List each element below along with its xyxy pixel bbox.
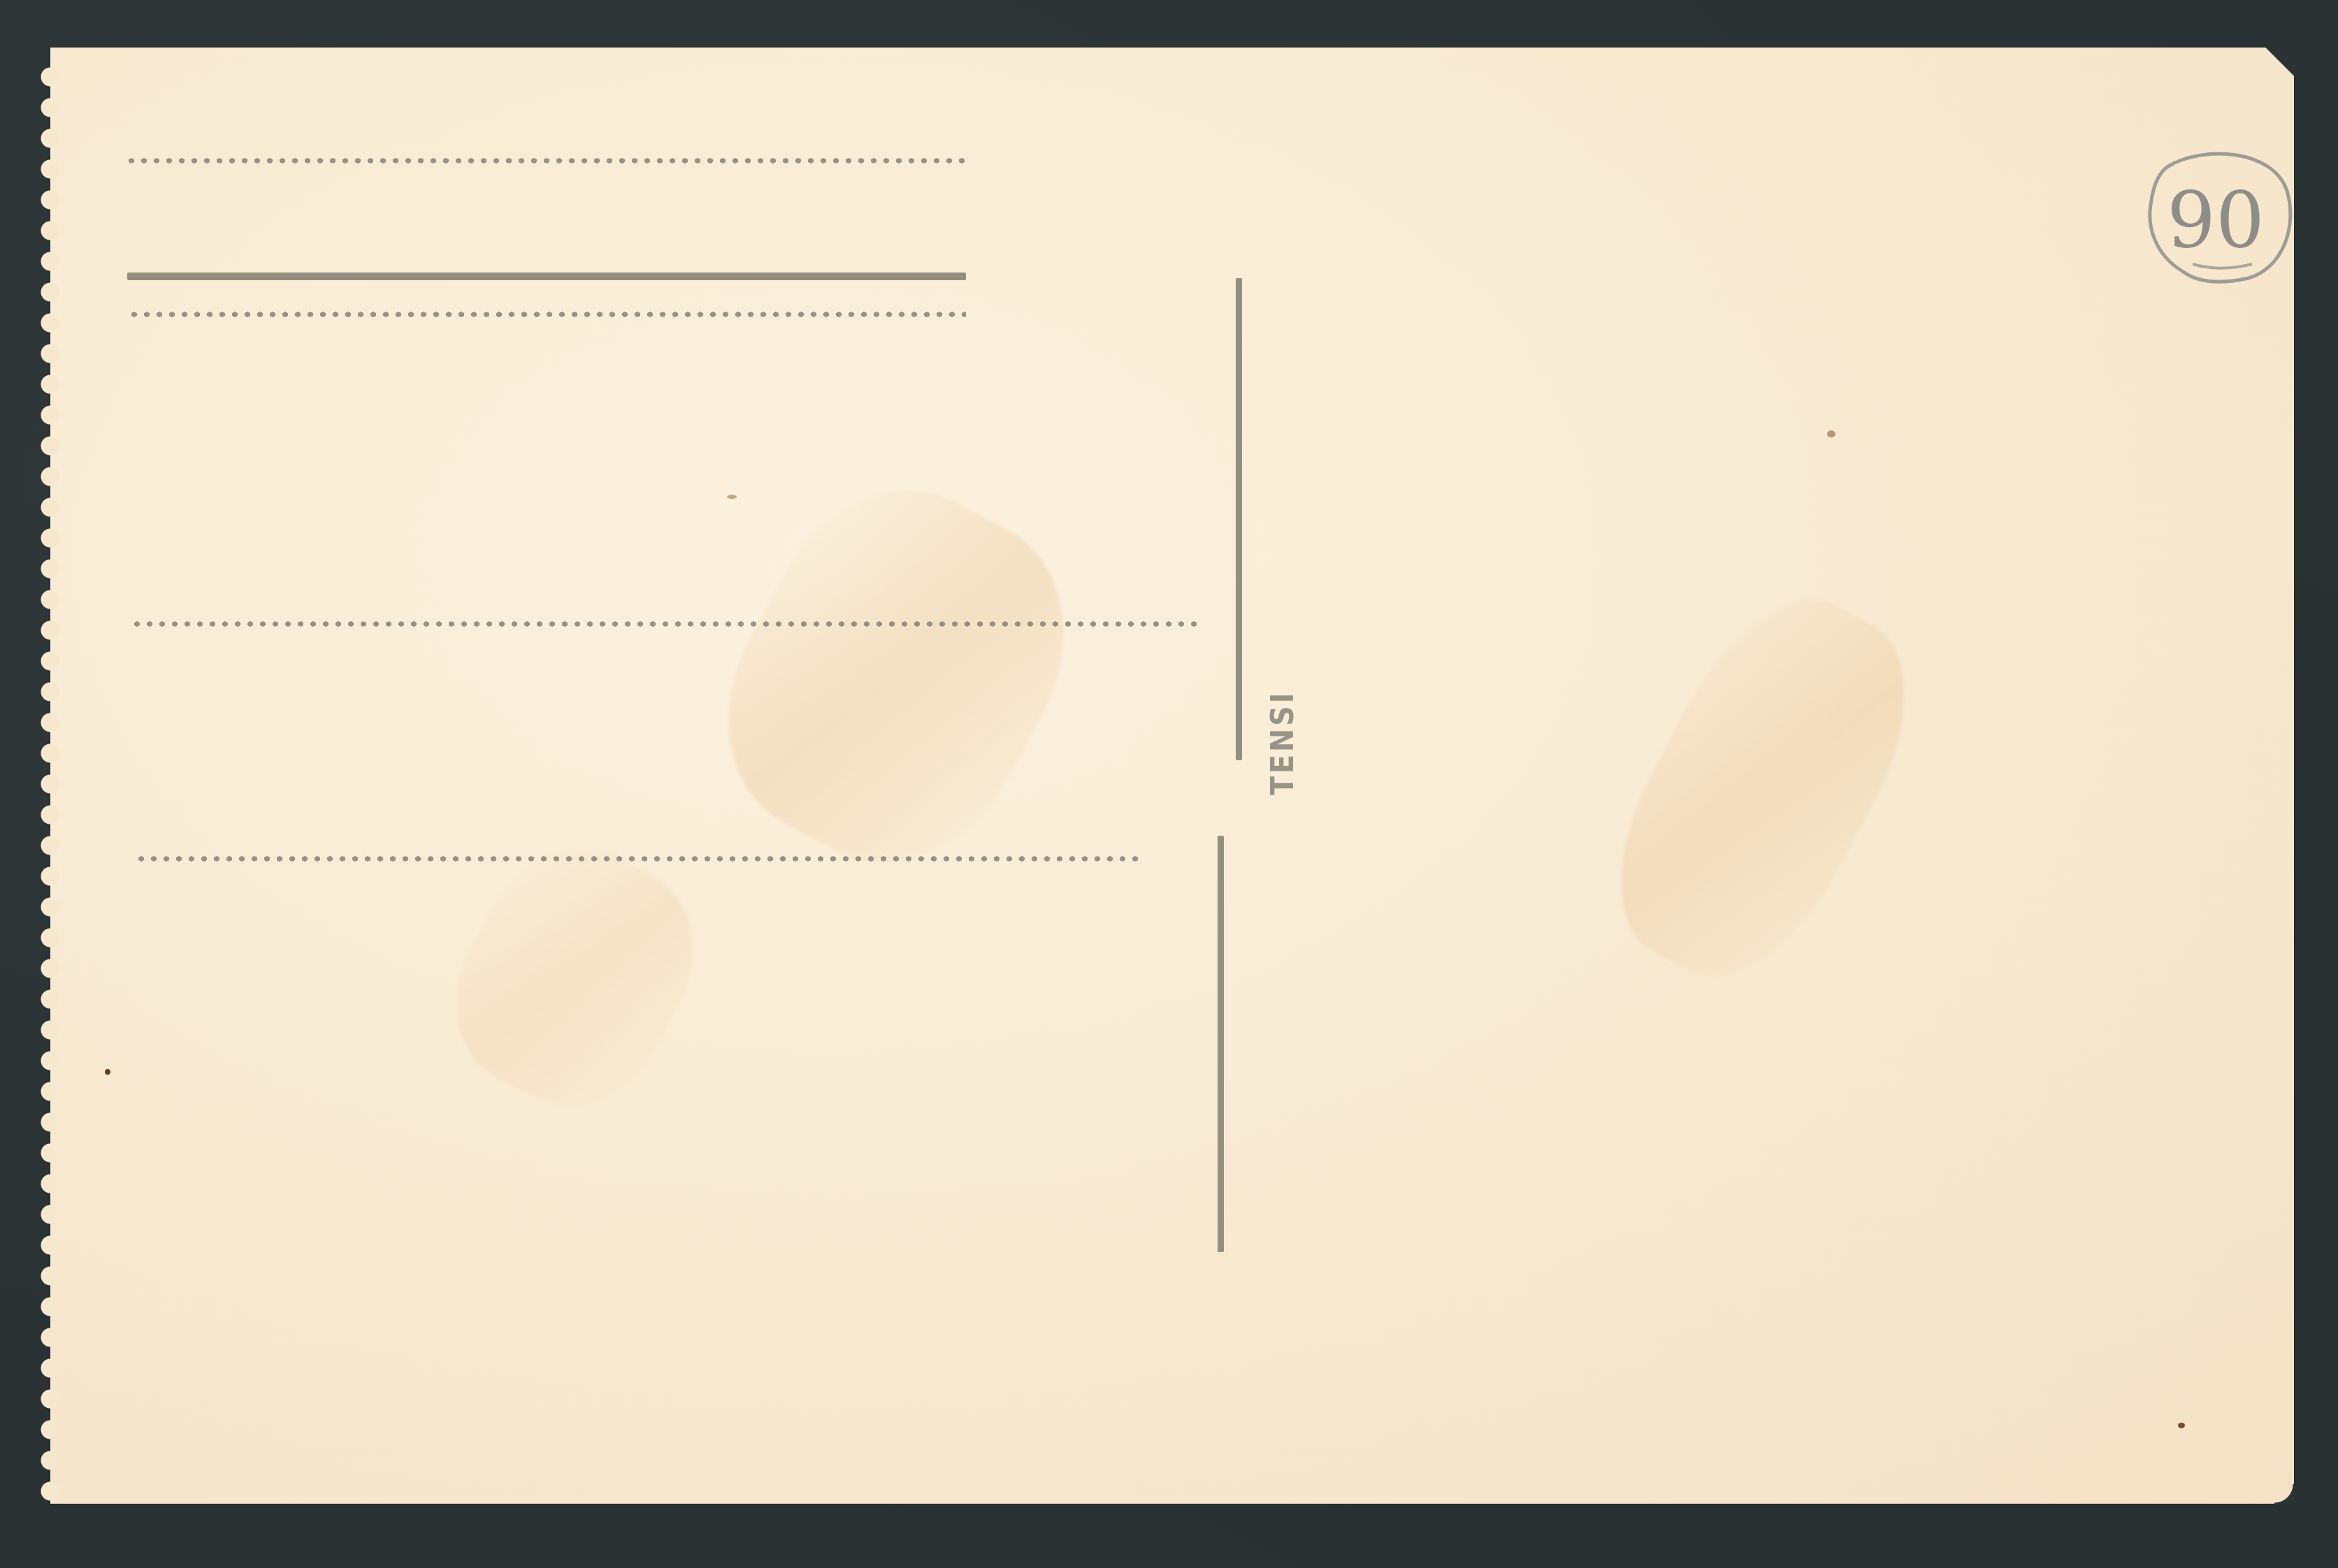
vertical-divider-bottom bbox=[1218, 836, 1224, 1252]
address-line-dotted bbox=[127, 157, 966, 164]
rounded-corner bbox=[2274, 1484, 2295, 1505]
ink-spot bbox=[727, 495, 737, 499]
ink-spot bbox=[105, 1069, 110, 1075]
stain bbox=[681, 447, 1111, 906]
message-line-dotted bbox=[137, 855, 1143, 862]
pencil-number-annotation: 90 bbox=[2126, 142, 2301, 292]
postcard: TENSI 90 bbox=[50, 48, 2294, 1504]
vertical-divider-top bbox=[1236, 278, 1242, 760]
svg-text:90: 90 bbox=[2167, 175, 2265, 265]
message-line-dotted bbox=[133, 620, 1202, 627]
worn-corner bbox=[2255, 45, 2297, 87]
stain bbox=[423, 817, 726, 1138]
ink-spot bbox=[2178, 1423, 2185, 1428]
printer-mark: TENSI bbox=[1268, 690, 1299, 795]
address-line-solid bbox=[127, 273, 966, 280]
circled-number-icon: 90 bbox=[2126, 142, 2301, 292]
address-line-dotted bbox=[130, 311, 966, 318]
stain bbox=[1578, 566, 1947, 1010]
deckled-edge bbox=[41, 61, 62, 1501]
ink-spot bbox=[1827, 430, 1835, 437]
